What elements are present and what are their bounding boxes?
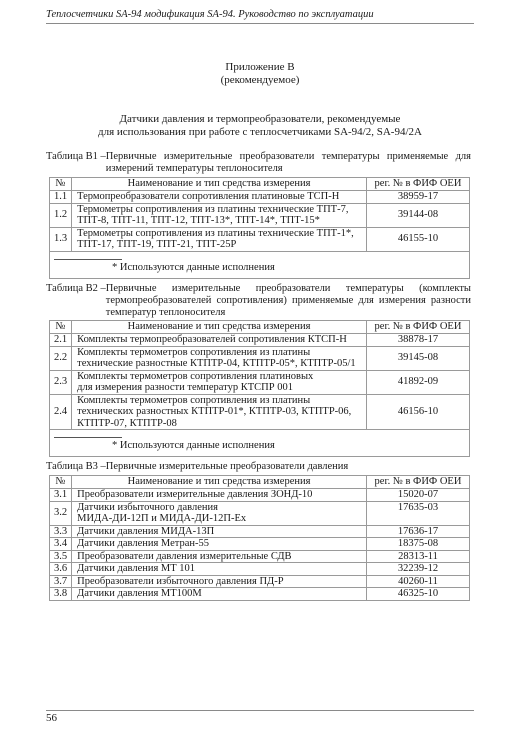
table-row: 3.4Датчики давления Метран-5518375-08: [50, 538, 470, 551]
table-row: 3.1Преобразователи измерительные давлени…: [50, 489, 470, 502]
instrument-name: Термометры сопротивления из платины техн…: [72, 227, 367, 251]
instrument-name-line: Преобразователи давления измерительные С…: [77, 551, 361, 563]
row-number: 3.6: [50, 563, 72, 576]
table-b2-caption-line3: температур теплоносителя: [106, 307, 471, 319]
instrument-name: Датчики давления МИДА-13П: [72, 525, 367, 538]
instrument-name: Преобразователи избыточного давления ПД-…: [72, 575, 367, 588]
row-number: 3.1: [50, 489, 72, 502]
row-number: 2.1: [50, 334, 72, 347]
instrument-name: Комплекты термометров сопротивления из п…: [72, 394, 367, 430]
table-header-row: №Наименование и тип средства измеренияре…: [50, 321, 470, 334]
table-b1-caption: Таблица В1 – Первичные измерительные пре…: [46, 151, 471, 175]
row-number: 1.2: [50, 203, 72, 227]
registry-number: 15020-07: [367, 489, 470, 502]
table-b2-caption-line1: Первичные измерительные преобразователи …: [106, 283, 471, 295]
instrument-name-line: Термопреобразователи сопротивления плати…: [77, 191, 361, 203]
instrument-name-line: Термометры сопротивления из платины техн…: [77, 228, 361, 240]
table-row: 3.7Преобразователи избыточного давления …: [50, 575, 470, 588]
row-number: 3.5: [50, 550, 72, 563]
document-title-line2: для использования при работе с теплосчет…: [0, 126, 520, 139]
row-number: 3.3: [50, 525, 72, 538]
registry-number: 28313-11: [367, 550, 470, 563]
instrument-name-line: Датчики давления МТ100М: [77, 588, 361, 600]
registry-number: 40260-11: [367, 575, 470, 588]
table-b3-caption: Таблица В3 – Первичные измерительные пре…: [46, 461, 471, 473]
instrument-name: Датчики давления МТ100М: [72, 588, 367, 601]
instrument-name-line: Комплекты термометров сопротивления из п…: [77, 347, 361, 359]
table-b3: №Наименование и тип средства измеренияре…: [49, 475, 470, 601]
row-number: 3.8: [50, 588, 72, 601]
appendix-subtitle: (рекомендуемое): [0, 74, 520, 87]
table-row: 2.1Комплекты термопреобразователей сопро…: [50, 334, 470, 347]
table-b1-caption-line2: измерений температуры теплоносителя: [106, 163, 471, 175]
page-number: 56: [46, 712, 57, 724]
column-header-registry: рег. № в ФИФ ОЕИ: [367, 476, 470, 489]
footnote-separator: [54, 437, 122, 438]
instrument-name-line: КТПТР-07, КТПТР-08: [77, 418, 361, 430]
registry-number: 39145-08: [367, 346, 470, 370]
instrument-name-line: технические разностные КТПТР-04, КТПТР-0…: [77, 358, 361, 370]
instrument-name: Датчики давления Метран-55: [72, 538, 367, 551]
registry-number: 38878-17: [367, 334, 470, 347]
table-row: 3.5Преобразователи давления измерительны…: [50, 550, 470, 563]
table-row: 3.8Датчики давления МТ100М46325-10: [50, 588, 470, 601]
column-header-name: Наименование и тип средства измерения: [72, 321, 367, 334]
instrument-name-line: Термометры сопротивления из платины техн…: [77, 204, 361, 216]
table-b1: №Наименование и тип средства измеренияре…: [49, 177, 470, 279]
table-row: 2.3Комплекты термометров сопротивления п…: [50, 370, 470, 394]
table-b2-caption-text: Первичные измерительные преобразователи …: [106, 283, 471, 319]
table-b3-caption-line1: Первичные измерительные преобразователи …: [106, 461, 348, 473]
instrument-name: Комплекты термометров сопротивления из п…: [72, 346, 367, 370]
table-b1-caption-text: Первичные измерительные преобразователи …: [106, 151, 471, 175]
footnote-text: * Используются данные исполнения: [54, 440, 465, 452]
table-b3-label: Таблица В3 –: [46, 461, 106, 473]
table-header-row: №Наименование и тип средства измеренияре…: [50, 178, 470, 191]
footnote-cell: * Используются данные исполнения: [50, 430, 470, 457]
row-number: 1.3: [50, 227, 72, 251]
registry-number: 38959-17: [367, 191, 470, 204]
registry-number: 46325-10: [367, 588, 470, 601]
instrument-name-line: ТПТ-17, ТПТ-19, ТПТ-21, ТПТ-25Р: [77, 239, 361, 251]
column-header-number: №: [50, 178, 72, 191]
instrument-name-line: МИДА-ДИ-12П и МИДА-ДИ-12П-Ех: [77, 513, 361, 525]
document-title: Датчики давления и термопреобразователи,…: [0, 113, 520, 139]
table-row: 3.3Датчики давления МИДА-13П17636-17: [50, 525, 470, 538]
instrument-name: Преобразователи измерительные давления З…: [72, 489, 367, 502]
footnote-row: * Используются данные исполнения: [50, 251, 470, 278]
column-header-name: Наименование и тип средства измерения: [72, 476, 367, 489]
instrument-name-line: для измерения разности температур КТСПР …: [77, 382, 361, 394]
table-row: 2.4Комплекты термометров сопротивления и…: [50, 394, 470, 430]
appendix-title: Приложение В: [0, 61, 520, 74]
footnote-cell: * Используются данные исполнения: [50, 251, 470, 278]
registry-number: 18375-08: [367, 538, 470, 551]
appendix-heading: Приложение В (рекомендуемое): [0, 61, 520, 87]
table-b1-caption-line1: Первичные измерительные преобразователи …: [106, 151, 471, 163]
registry-number: 32239-12: [367, 563, 470, 576]
table-b2-label: Таблица В2 –: [46, 283, 106, 319]
instrument-name: Комплекты термометров сопротивления плат…: [72, 370, 367, 394]
table-row: 1.3Термометры сопротивления из платины т…: [50, 227, 470, 251]
instrument-name-line: Комплекты термометров сопротивления из п…: [77, 395, 361, 407]
registry-number: 46156-10: [367, 394, 470, 430]
row-number: 1.1: [50, 191, 72, 204]
instrument-name: Преобразователи давления измерительные С…: [72, 550, 367, 563]
instrument-name-line: Датчики избыточного давления: [77, 502, 361, 514]
instrument-name-line: Преобразователи избыточного давления ПД-…: [77, 576, 361, 588]
instrument-name: Термопреобразователи сопротивления плати…: [72, 191, 367, 204]
table-header-row: №Наименование и тип средства измеренияре…: [50, 476, 470, 489]
instrument-name-line: Датчики давления МИДА-13П: [77, 526, 361, 538]
table-b2-caption-line2: термопреобразователей сопротивления) при…: [106, 295, 471, 307]
registry-number: 46155-10: [367, 227, 470, 251]
column-header-number: №: [50, 476, 72, 489]
instrument-name: Термометры сопротивления из платины техн…: [72, 203, 367, 227]
row-number: 2.3: [50, 370, 72, 394]
table-b2-caption: Таблица В2 – Первичные измерительные пре…: [46, 283, 471, 319]
registry-number: 39144-08: [367, 203, 470, 227]
instrument-name-line: ТПТ-8, ТПТ-11, ТПТ-12, ТПТ-13*, ТПТ-14*,…: [77, 215, 361, 227]
footnote-separator: [54, 259, 122, 260]
row-number: 3.4: [50, 538, 72, 551]
table-row: 1.2Термометры сопротивления из платины т…: [50, 203, 470, 227]
instrument-name-line: Датчики давления МТ 101: [77, 563, 361, 575]
column-header-number: №: [50, 321, 72, 334]
registry-number: 41892-09: [367, 370, 470, 394]
instrument-name-line: Преобразователи измерительные давления З…: [77, 489, 361, 501]
footnote-text: * Используются данные исполнения: [54, 262, 465, 274]
row-number: 2.2: [50, 346, 72, 370]
column-header-name: Наименование и тип средства измерения: [72, 178, 367, 191]
table-row: 2.2Комплекты термометров сопротивления и…: [50, 346, 470, 370]
table-row: 3.2Датчики избыточного давленияМИДА-ДИ-1…: [50, 501, 470, 525]
instrument-name-line: Датчики давления Метран-55: [77, 538, 361, 550]
row-number: 3.7: [50, 575, 72, 588]
table-b2: №Наименование и тип средства измеренияре…: [49, 320, 470, 457]
instrument-name-line: Комплекты термопреобразователей сопротив…: [77, 334, 361, 346]
row-number: 3.2: [50, 501, 72, 525]
footnote-row: * Используются данные исполнения: [50, 430, 470, 457]
column-header-registry: рег. № в ФИФ ОЕИ: [367, 178, 470, 191]
table-row: 1.1Термопреобразователи сопротивления пл…: [50, 191, 470, 204]
column-header-registry: рег. № в ФИФ ОЕИ: [367, 321, 470, 334]
footer-rule: [46, 710, 474, 711]
instrument-name-line: технических разностных КТПТР-01*, КТПТР-…: [77, 406, 361, 418]
registry-number: 17636-17: [367, 525, 470, 538]
table-row: 3.6Датчики давления МТ 10132239-12: [50, 563, 470, 576]
row-number: 2.4: [50, 394, 72, 430]
instrument-name: Датчики избыточного давленияМИДА-ДИ-12П …: [72, 501, 367, 525]
document-title-line1: Датчики давления и термопреобразователи,…: [0, 113, 520, 126]
instrument-name-line: Комплекты термометров сопротивления плат…: [77, 371, 361, 383]
table-b1-label: Таблица В1 –: [46, 151, 106, 175]
running-header: Теплосчетчики SA-94 модификация SA-94. Р…: [46, 8, 474, 24]
instrument-name: Датчики давления МТ 101: [72, 563, 367, 576]
registry-number: 17635-03: [367, 501, 470, 525]
instrument-name: Комплекты термопреобразователей сопротив…: [72, 334, 367, 347]
